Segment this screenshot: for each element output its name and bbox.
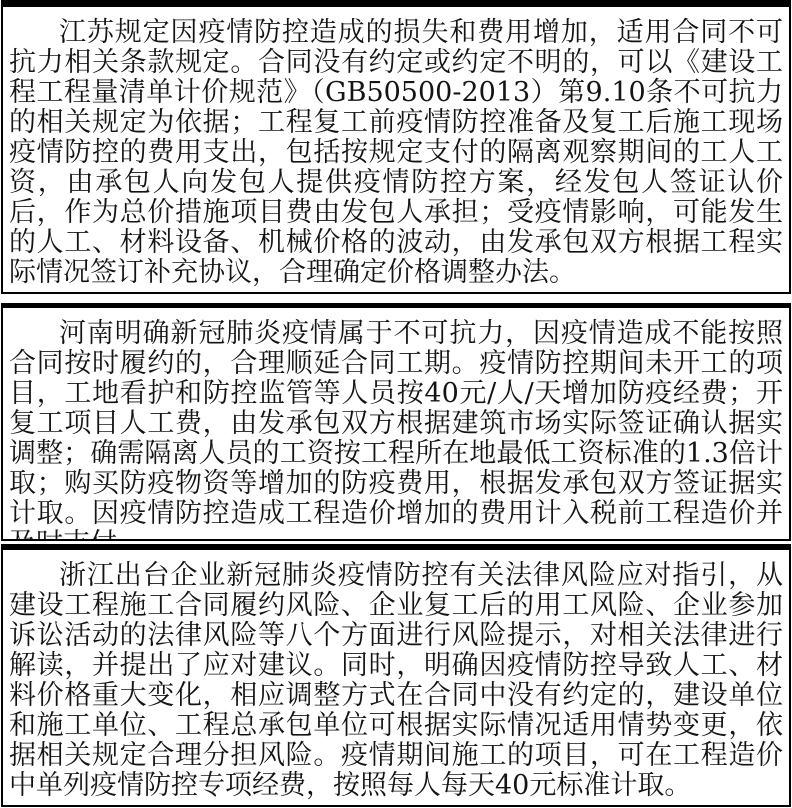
zhejiang-policy-text: 浙江出台企业新冠肺炎疫情防控有关法律风险应对指引，从建设工程施工合同履约风险、企… [9, 561, 783, 801]
henan-policy-text: 河南明确新冠肺炎疫情属于不可抗力，因疫情造成不能按照合同按时履约的，合理顺延合同… [9, 319, 783, 541]
jiangsu-policy-text: 江苏规定因疫情防控造成的损失和费用增加，适用合同不可抗力相关条款规定。合同没有约… [9, 18, 783, 288]
henan-policy-box: 河南明确新冠肺炎疫情属于不可抗力，因疫情造成不能按照合同按时履约的，合理顺延合同… [1, 303, 791, 541]
zhejiang-policy-box: 浙江出台企业新冠肺炎疫情防控有关法律风险应对指引，从建设工程施工合同履约风险、企… [1, 544, 791, 807]
jiangsu-policy-box: 江苏规定因疫情防控造成的损失和费用增加，适用合同不可抗力相关条款规定。合同没有约… [1, 0, 791, 294]
document-page: 江苏规定因疫情防控造成的损失和费用增加，适用合同不可抗力相关条款规定。合同没有约… [0, 0, 792, 808]
